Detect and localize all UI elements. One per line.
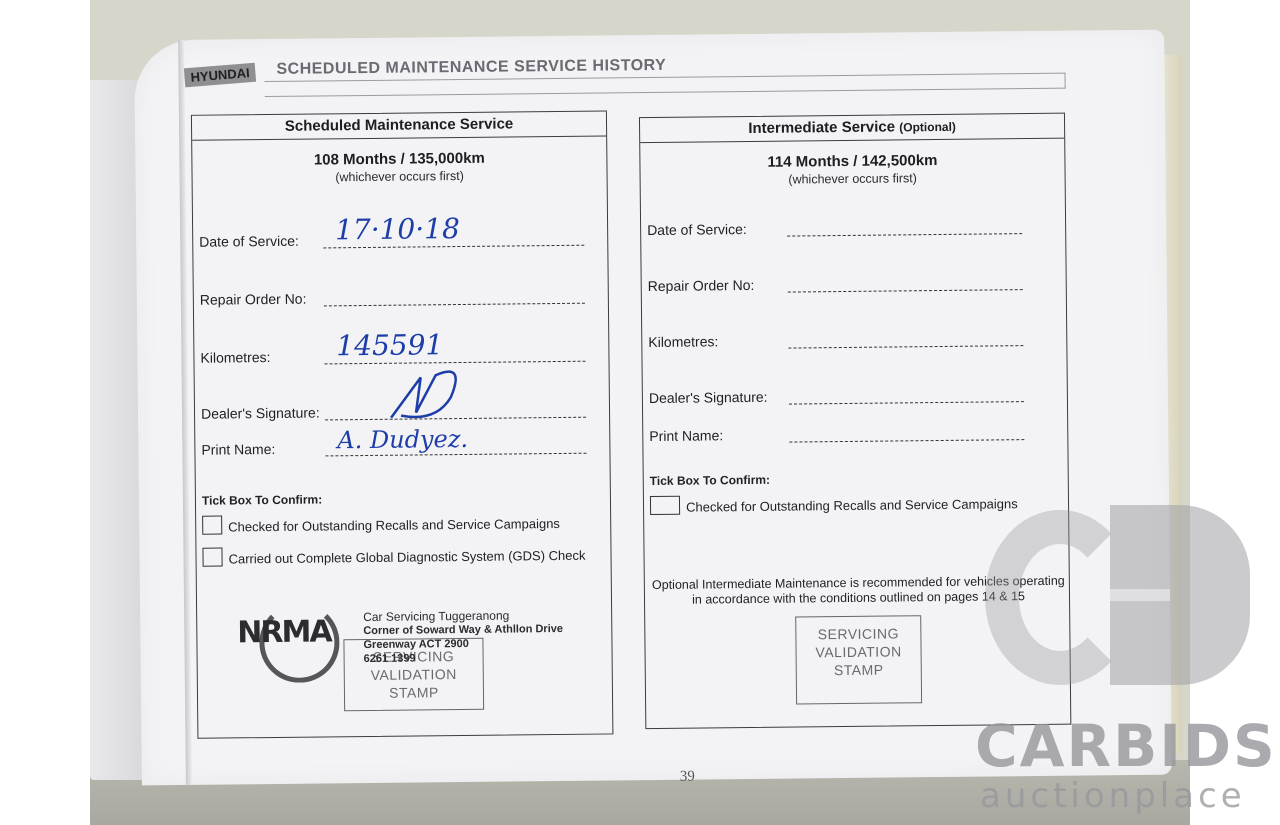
date-of-service-field[interactable]: Date of Service: 17·10·18 <box>199 226 594 254</box>
recalls-checkbox[interactable]: Checked for Outstanding Recalls and Serv… <box>202 511 622 537</box>
scheduled-service-box: Scheduled Maintenance Service 108 Months… <box>191 110 614 738</box>
watermark-tagline: auctionplace <box>980 776 1246 816</box>
interval-note: (whichever occurs first) <box>193 167 607 185</box>
handwritten-kilometres: 145591 <box>336 328 443 362</box>
page-header: HYUNDAI SCHEDULED MAINTENANCE SERVICE HI… <box>184 53 1069 88</box>
handwritten-name: A. Dudyez. <box>337 425 468 454</box>
booklet-photo: HYUNDAI SCHEDULED MAINTENANCE SERVICE HI… <box>90 0 1190 825</box>
page-title: SCHEDULED MAINTENANCE SERVICE HISTORY <box>276 57 666 79</box>
service-interval: 114 Months / 142,500km <box>640 151 1064 172</box>
checkbox[interactable] <box>202 516 222 535</box>
servicing-validation-stamp: SERVICING VALIDATION STAMP <box>795 615 922 704</box>
page-number: 39 <box>680 769 695 786</box>
recalls-checkbox[interactable]: Checked for Outstanding Recalls and Serv… <box>650 492 1070 518</box>
dealer-stamp: Car Servicing Tuggeranong Corner of Sowa… <box>363 608 563 666</box>
tick-box-label: Tick Box To Confirm: <box>202 492 322 507</box>
checkbox[interactable] <box>650 496 680 515</box>
brand-label: HYUNDAI <box>184 63 257 88</box>
box-heading: Intermediate Service (Optional) <box>640 114 1064 143</box>
print-name-field[interactable]: Print Name: <box>649 420 1044 448</box>
handwritten-date: 17·10·18 <box>335 212 460 246</box>
kilometres-field[interactable]: Kilometres: <box>648 326 1043 354</box>
b-letter-watermark-icon <box>1110 505 1250 685</box>
date-of-service-field[interactable]: Date of Service: <box>647 214 1042 242</box>
signature-scribble <box>381 367 472 428</box>
nrma-logo: NRMA <box>237 614 331 650</box>
service-interval: 108 Months / 135,000km <box>192 148 606 169</box>
page-gutter <box>178 40 192 785</box>
tick-box-label: Tick Box To Confirm: <box>650 473 770 488</box>
dealer-signature-field[interactable]: Dealer's Signature: <box>649 382 1044 410</box>
interval-note: (whichever occurs first) <box>641 170 1065 188</box>
repair-order-field[interactable]: Repair Order No: <box>200 284 595 312</box>
box-heading: Scheduled Maintenance Service <box>192 111 606 140</box>
booklet-page: HYUNDAI SCHEDULED MAINTENANCE SERVICE HI… <box>134 30 1172 786</box>
gds-checkbox[interactable]: Carried out Complete Global Diagnostic S… <box>202 543 622 569</box>
dealer-signature-field[interactable]: Dealer's Signature: <box>201 398 596 426</box>
kilometres-field[interactable]: Kilometres: 145591 <box>200 342 595 370</box>
checkbox[interactable] <box>202 548 222 567</box>
repair-order-field[interactable]: Repair Order No: <box>648 270 1043 298</box>
print-name-field[interactable]: Print Name: A. Dudyez. <box>201 434 596 462</box>
watermark-brand: CARBIDS <box>975 712 1277 780</box>
